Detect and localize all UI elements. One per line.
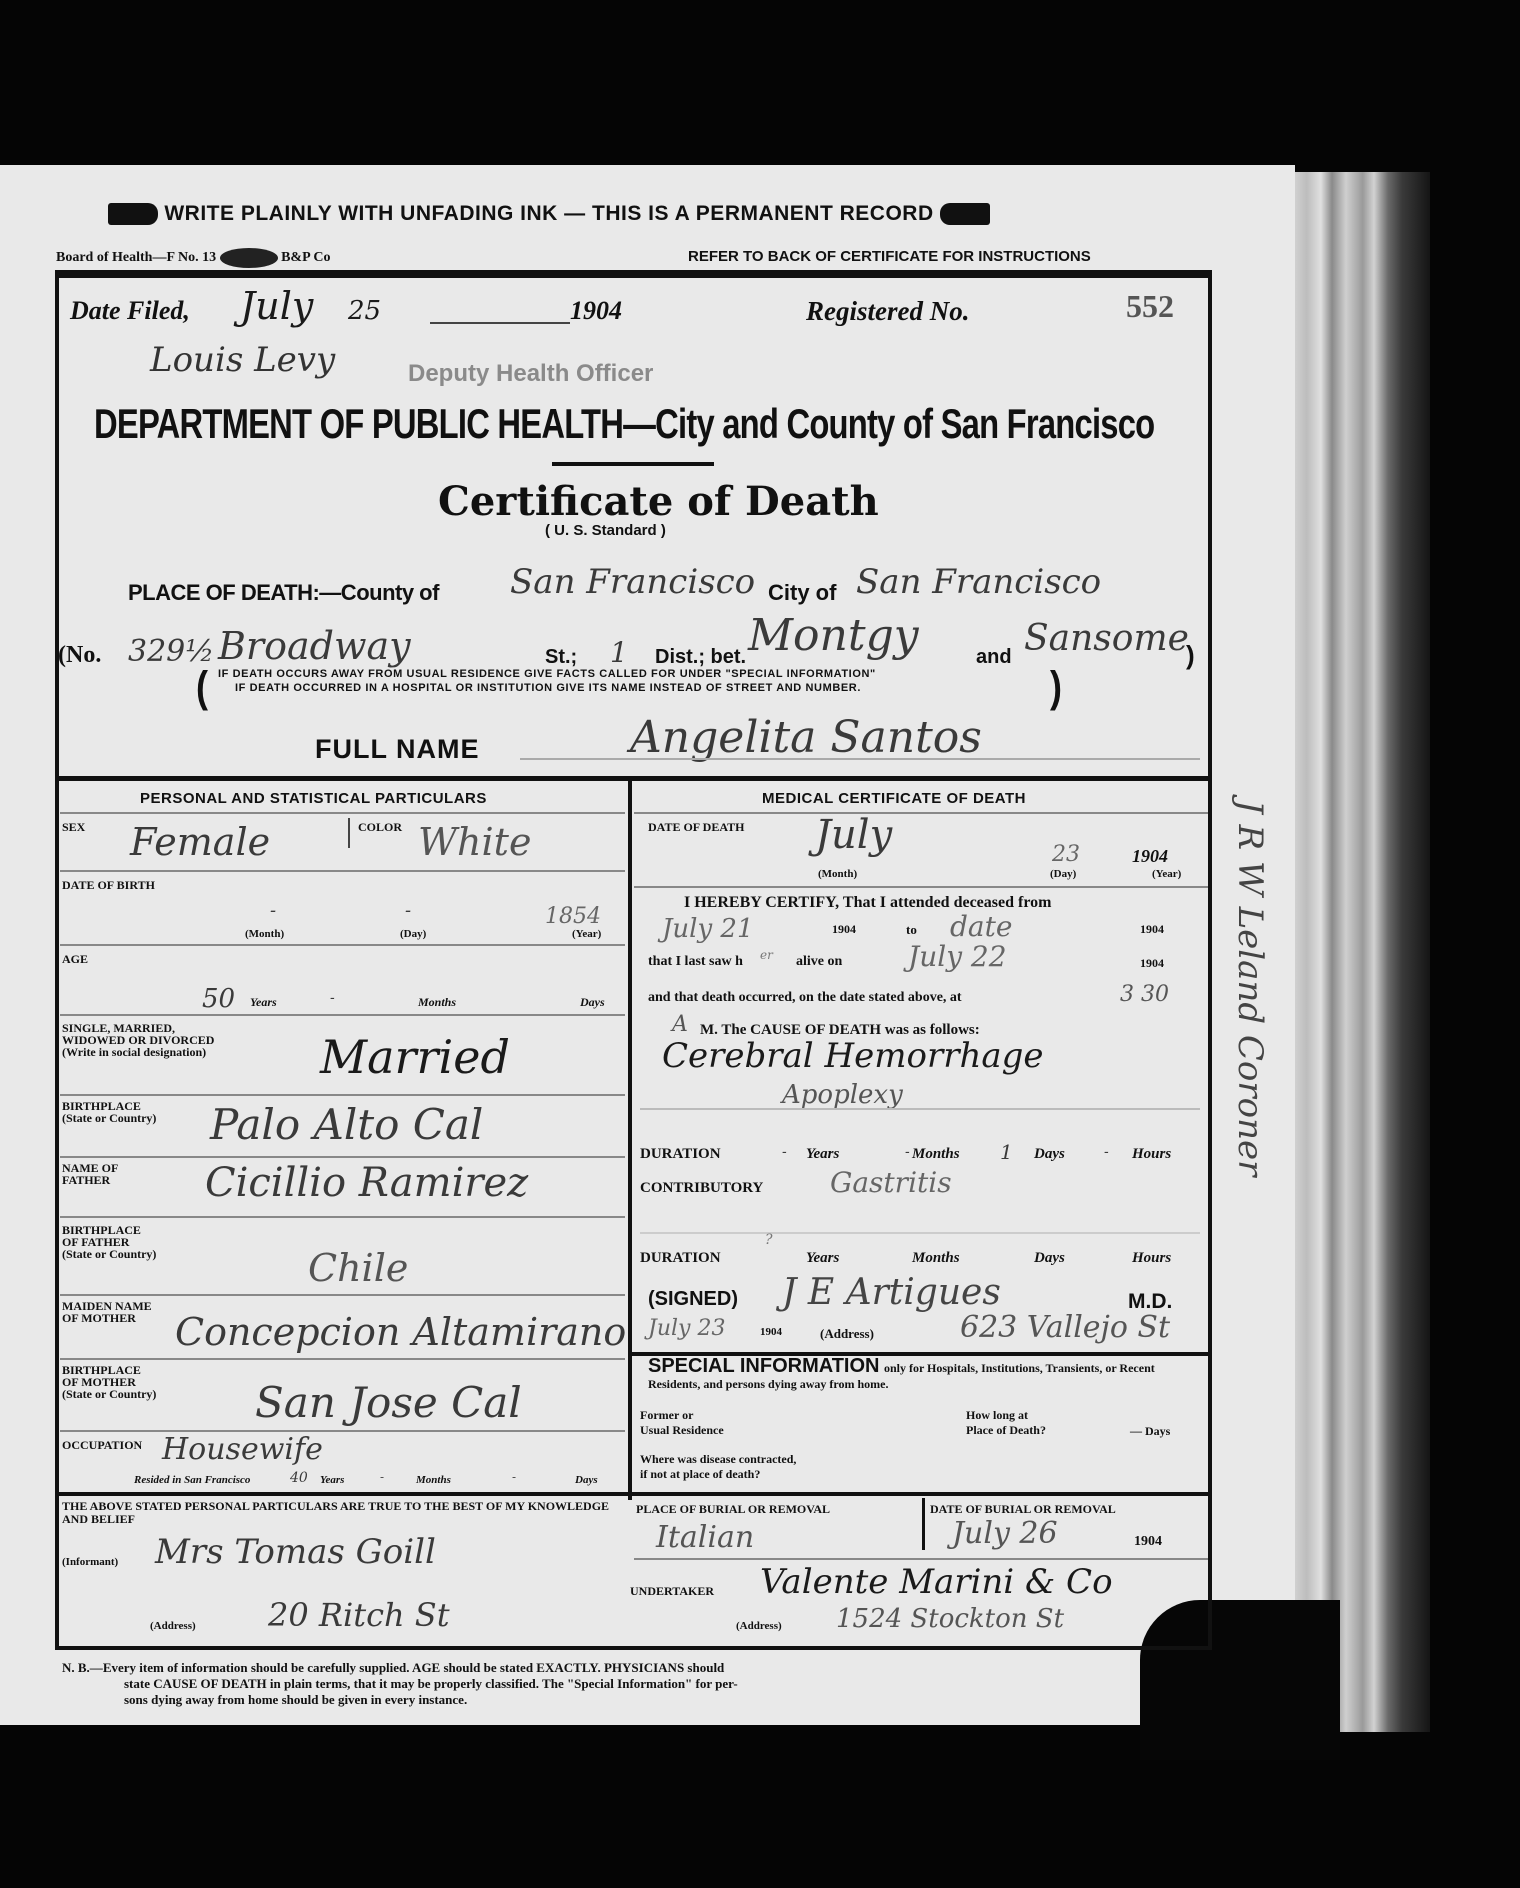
street-label: St.; <box>545 646 577 669</box>
contributory-cause: Gastritis <box>830 1166 952 1199</box>
cause-secondary: Apoplexy <box>782 1080 903 1110</box>
color-value: White <box>418 820 531 864</box>
street-no-label: (No. <box>58 642 101 669</box>
special-information: SPECIAL INFORMATION only for Hospitals, … <box>648 1358 1208 1392</box>
attended-to: date <box>950 910 1012 943</box>
banner: WRITE PLAINLY WITH UNFADING INK — THIS I… <box>108 202 990 226</box>
undertaker-address: 1524 Stockton St <box>836 1604 1064 1634</box>
medical-heading: MEDICAL CERTIFICATE OF DEATH <box>762 790 1026 807</box>
place-note-2: IF DEATH OCCURRED IN A HOSPITAL OR INSTI… <box>235 682 861 694</box>
refer-note: REFER TO BACK OF CERTIFICATE FOR INSTRUC… <box>688 248 1091 265</box>
registered-number: 552 <box>1126 288 1174 325</box>
signed-date: July 23 <box>648 1316 725 1341</box>
place-of-death-label: PLACE OF DEATH:—County of <box>128 580 439 606</box>
occupation-value: Housewife <box>162 1432 323 1467</box>
full-name-label: FULL NAME <box>315 734 480 765</box>
date-of-death-year: 1904 <box>1132 846 1168 867</box>
date-of-death-month: July <box>815 812 892 858</box>
informant-statement: THE ABOVE STATED PERSONAL PARTICULARS AR… <box>62 1500 617 1526</box>
officer-title: Deputy Health Officer <box>408 360 653 388</box>
district-label: Dist.; bet. <box>655 646 746 669</box>
death-time: 3 30 <box>1120 982 1169 1007</box>
burial-place: Italian <box>656 1520 754 1555</box>
informant-name: Mrs Tomas Goill <box>155 1532 436 1572</box>
last-saw-date: July 22 <box>908 940 1007 973</box>
mother-birthplace-value: San Jose Cal <box>255 1378 522 1427</box>
district-value: 1 <box>610 636 628 669</box>
place-note-1: IF DEATH OCCURS AWAY FROM USUAL RESIDENC… <box>218 668 876 680</box>
city-label: City of <box>768 580 836 606</box>
father-birthplace-value: Chile <box>308 1246 408 1290</box>
county-value: San Francisco <box>510 562 755 602</box>
margin-note-coroner: J R W Leland Coroner <box>1230 800 1270 1176</box>
title-rule <box>552 462 714 466</box>
full-name-value: Angelita Santos <box>630 712 982 763</box>
date-filed-year: 1904 <box>570 296 622 326</box>
form-id: Board of Health—F No. 13 B&P Co <box>56 248 330 268</box>
duration-days: 1 <box>1000 1140 1013 1164</box>
book-page-edges <box>1290 172 1430 1732</box>
certificate-title: Certificate of Death <box>438 478 879 525</box>
between-street-2: Sansome <box>1024 618 1189 659</box>
registered-label: Registered No. <box>806 296 969 327</box>
marital-status-value: Married <box>320 1030 510 1084</box>
mother-maiden-name-value: Concepcion Altamirano <box>175 1310 626 1354</box>
date-filed-label: Date Filed, <box>70 296 190 326</box>
city-value: San Francisco <box>856 562 1101 602</box>
officer-signature: Louis Levy <box>150 340 335 380</box>
date-filed-month: July <box>240 284 313 328</box>
between-street-1: Montgy <box>748 610 919 661</box>
date-of-death-day: 23 <box>1052 842 1080 867</box>
informant-address: 20 Ritch St <box>268 1596 450 1634</box>
birthplace-value: Palo Alto Cal <box>210 1100 483 1149</box>
footnote: N. B.—Every item of information should b… <box>62 1660 1122 1708</box>
cause-of-death: Cerebral Hemorrhage <box>662 1036 1044 1076</box>
physician-address: 623 Vallejo St <box>960 1310 1170 1345</box>
pointing-hand-icon <box>108 203 158 225</box>
union-seal-icon <box>220 248 278 268</box>
resided-years: 40 <box>290 1470 308 1486</box>
pointing-hand-icon <box>940 203 990 225</box>
column-divider <box>628 780 632 1500</box>
father-name-value: Cicillio Ramirez <box>205 1160 528 1206</box>
standard-subtitle: ( U. S. Standard ) <box>545 522 666 539</box>
street-name: Broadway <box>218 624 411 668</box>
date-filed-day: 25 <box>348 296 381 326</box>
sex-value: Female <box>130 820 270 864</box>
dob-year: 1854 <box>545 904 601 929</box>
personal-heading: PERSONAL AND STATISTICAL PARTICULARS <box>140 790 487 807</box>
undertaker-name: Valente Marini & Co <box>760 1562 1113 1602</box>
physician-signature: J E Artigues <box>782 1272 1001 1313</box>
and-label: and <box>976 646 1012 669</box>
department-title: DEPARTMENT OF PUBLIC HEALTH—City and Cou… <box>94 400 1154 448</box>
burial-date: July 26 <box>952 1516 1058 1551</box>
attended-from: July 21 <box>662 914 754 944</box>
age-years: 50 <box>202 984 235 1014</box>
